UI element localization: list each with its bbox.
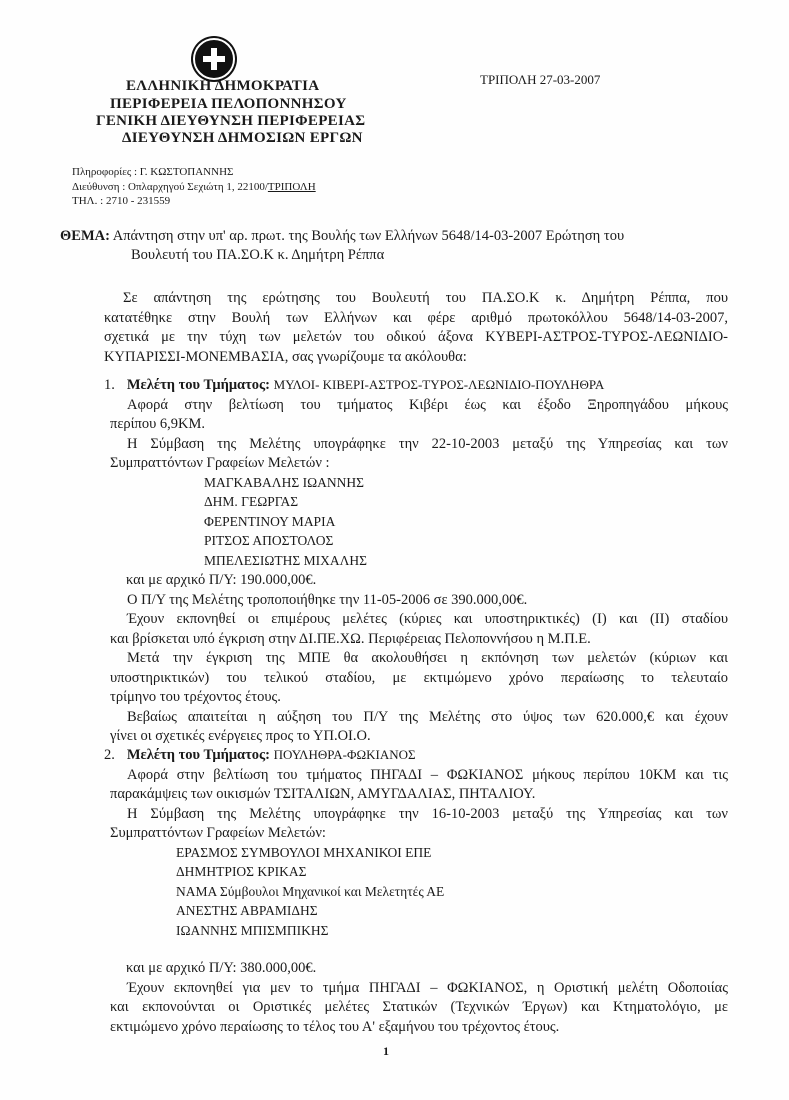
subject-line-1: ΘΕΜΑ: Απάντηση στην υπ' αρ. πρωτ. της Βο… <box>60 228 624 245</box>
header-line-2: ΠΕΡΙΦΕΡΕΙΑ ΠΕΛΟΠΟΝΝΗΣΟΥ <box>110 96 347 113</box>
paragraph-line: γίνει οι σχετικές ενέργειες προς το ΥΠ.Ο… <box>110 728 371 745</box>
subject-text-1: Απάντηση στην υπ' αρ. πρωτ. της Βουλής τ… <box>113 228 624 244</box>
section-title: 2.Μελέτη του Τμήματος: ΠΟΥΛΗΘΡΑ-ΦΩΚΙΑΝΟΣ <box>104 747 416 764</box>
paragraph-line: Βεβαίως απαιτείται η αύξηση του Π/Υ της … <box>127 709 728 726</box>
section-title-label: Μελέτη του Τμήματος: <box>127 377 274 393</box>
paragraph-line: υποστηρικτικών) του τελικού σταδίου, με … <box>110 670 728 687</box>
section-title-value: ΜΥΛΟΙ- ΚΙΒΕΡΙ-ΑΣΤΡΟΣ-ΤΥΡΟΣ-ΛΕΩΝΙΔΙΟ-ΠΟΥΛ… <box>274 377 605 392</box>
study-office: ΙΩΑΝΝΗΣ ΜΠΙΣΜΠΙΚΗΣ <box>176 923 328 939</box>
contract-line: Συμπραττόντων Γραφείων Μελετών : <box>110 455 330 472</box>
contract-line: Η Σύμβαση της Μελέτης υπογράφηκε την 16-… <box>127 806 728 823</box>
section-description: Αφορά στην βελτίωση του τμήματος ΠΗΓΑΔΙ … <box>127 767 728 784</box>
study-office: ΜΑΓΚΑΒΑΛΗΣ ΙΩΑΝΝΗΣ <box>204 475 364 491</box>
section-title: 1.Μελέτη του Τμήματος: ΜΥΛΟΙ- ΚΙΒΕΡΙ-ΑΣΤ… <box>104 377 604 394</box>
intro-line: Σε απάντηση της ερώτησης του Βουλευτή το… <box>123 290 728 307</box>
study-office: ΔΗΜ. ΓΕΩΡΓΑΣ <box>204 494 298 510</box>
study-office: ΡΙΤΣΟΣ ΑΠΟΣΤΟΛΟΣ <box>204 533 333 549</box>
greek-emblem-icon <box>195 40 233 78</box>
subject-line-2: Βουλευτή του ΠΑ.ΣΟ.Κ κ. Δημήτρη Ρέππα <box>131 247 384 264</box>
section-title-label: Μελέτη του Τμήματος: <box>127 747 274 763</box>
info-value: Γ. ΚΩΣΤΟΠΑΝΝΗΣ <box>140 166 234 178</box>
section-description: περίπου 6,9ΚΜ. <box>110 416 205 433</box>
phone-label: ΤΗΛ. : <box>72 195 103 207</box>
address-city: ΤΡΙΠΟΛΗ <box>268 181 316 193</box>
paragraph-line: Μετά την έγκριση της ΜΠΕ θα ακολουθήσει … <box>127 650 728 667</box>
study-office: ΦΕΡΕΝΤΙΝΟΥ ΜΑΡΙΑ <box>204 514 335 530</box>
address-value: Οπλαρχηγού Σεχιώτη 1, 22100/ <box>128 181 268 193</box>
paragraph-line: Έχουν εκπονηθεί οι επιμέρους μελέτες (κύ… <box>127 611 728 628</box>
study-office: ΑΝΕΣΤΗΣ ΑΒΡΑΜΙΔΗΣ <box>176 903 318 919</box>
section-number: 1. <box>104 377 115 393</box>
study-office: ΜΠΕΛΕΣΙΩΤΗΣ ΜΙΧΑΛΗΣ <box>204 553 367 569</box>
section-description: παρακάμψεις των οικισμών ΤΣΙΤΑΛΙΩΝ, ΑΜΥΓ… <box>110 786 535 803</box>
intro-line: σχετικά με την τύχη των μελετών του οδικ… <box>104 329 728 346</box>
address-line: Διεύθυνση : Οπλαρχηγού Σεχιώτη 1, 22100/… <box>72 181 316 193</box>
contract-line: Συμπραττόντων Γραφείων Μελετών: <box>110 825 326 842</box>
info-line: Πληροφορίες : Γ. ΚΩΣΤΟΠΑΝΝΗΣ <box>72 166 233 178</box>
initial-budget: και με αρχικό Π/Υ: 380.000,00€. <box>126 960 316 977</box>
paragraph-line: τρίμηνο του τρέχοντος έτους. <box>110 689 281 706</box>
paragraph-line: Έχουν εκπονηθεί για μεν το τμήμα ΠΗΓΑΔΙ … <box>127 980 728 997</box>
header-line-4: ΔΙΕΥΘΥΝΣΗ ΔΗΜΟΣΙΩΝ ΕΡΓΩΝ <box>122 130 363 147</box>
paragraph-line: Ο Π/Υ της Μελέτης τροποποιήθηκε την 11-0… <box>127 592 527 609</box>
header-line-3: ΓΕΝΙΚΗ ΔΙΕΥΘΥΝΣΗ ΠΕΡΙΦΕΡΕΙΑΣ <box>96 113 365 130</box>
section-number: 2. <box>104 747 115 763</box>
subject-label: ΘΕΜΑ: <box>60 228 110 244</box>
paragraph-line: και εκπονούνται οι Οριστικές μελέτες Στα… <box>110 999 728 1016</box>
study-office: ΕΡΑΣΜΟΣ ΣΥΜΒΟΥΛΟΙ ΜΗΧΑΝΙΚΟΙ ΕΠΕ <box>176 845 431 861</box>
initial-budget: και με αρχικό Π/Υ: 190.000,00€. <box>126 572 316 589</box>
section-description: Αφορά στην βελτίωση του τμήματος Κιβέρι … <box>127 397 728 414</box>
study-office: ΝΑΜΑ Σύμβουλοι Μηχανικοί και Μελετητές Α… <box>176 884 444 900</box>
intro-line: ΚΥΠΑΡΙΣΣΙ-ΜΟΝΕΜΒΑΣΙΑ, σας γνωρίζουμε τα … <box>104 349 467 366</box>
info-label: Πληροφορίες : <box>72 166 137 178</box>
intro-line: κατατέθηκε στην Βουλή των Ελλήνων και φέ… <box>104 310 728 327</box>
contract-line: Η Σύμβαση της Μελέτης υπογράφηκε την 22-… <box>127 436 728 453</box>
address-label: Διεύθυνση : <box>72 181 125 193</box>
study-office: ΔΗΜΗΤΡΙΟΣ ΚΡΙΚΑΣ <box>176 864 307 880</box>
section-title-value: ΠΟΥΛΗΘΡΑ-ΦΩΚΙΑΝΟΣ <box>274 747 416 762</box>
header-line-1: ΕΛΛΗΝΙΚΗ ΔΗΜΟΚΡΑΤΙΑ <box>126 78 319 95</box>
place-date: ΤΡΙΠΟΛΗ 27-03-2007 <box>480 72 600 88</box>
phone-value: 2710 - 231559 <box>106 195 170 207</box>
phone-line: ΤΗΛ. : 2710 - 231559 <box>72 195 170 207</box>
document-page: ΕΛΛΗΝΙΚΗ ΔΗΜΟΚΡΑΤΙΑ ΠΕΡΙΦΕΡΕΙΑ ΠΕΛΟΠΟΝΝΗ… <box>0 0 789 1100</box>
paragraph-line: εκτιμώμενο χρόνο περαίωσης το τέλος του … <box>110 1019 559 1036</box>
paragraph-line: και βρίσκεται υπό έγκριση στην ΔΙ.ΠΕ.ΧΩ.… <box>110 631 591 648</box>
page-number: 1 <box>383 1044 389 1059</box>
